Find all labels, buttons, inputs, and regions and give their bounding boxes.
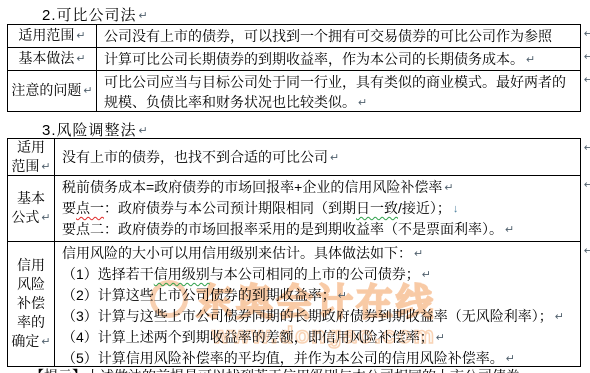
row-content-cell: 计算可比公司长期债券的到期收益率，作为本公司的长期债务成本。↵	[97, 48, 580, 70]
paragraph-mark: ↵	[434, 332, 445, 344]
row-label-line: 注意的问题↵	[11, 81, 92, 101]
row-label-cell: 注意的问题↵	[8, 71, 97, 111]
row-label-line: 补偿	[17, 294, 45, 313]
text-line: 计算可比公司长期债券的到期收益率，作为本公司的长期债务成本。↵	[104, 49, 578, 70]
section-title-text: 3.风险调整法	[42, 122, 137, 139]
text-line: （1）选择若干信用级别与本公司相同的上市的公司债券；↵	[62, 264, 578, 285]
line-break-mark: ↓	[451, 203, 459, 215]
row-label-line: 确定↵	[11, 332, 50, 352]
text-line: （3）计算与这些上市公司债券同期的长期政府债券到期收益率（无风险利率）；↵	[62, 306, 578, 327]
text-segment: 要点二：政府债券的市场回报率采用的是到期收益率（不是票面利率）。	[62, 221, 503, 237]
comparable-company-method-table: 适用范围↵公司没有上市的债券，可以找到一个拥有可交易债券的可比公司作为参照物。↵…	[7, 24, 581, 112]
row-content-cell: 没有上市的债券，也找不到合适的可比公司↵	[55, 139, 580, 175]
text-segment: （1）选择若干	[62, 266, 154, 282]
row-label-cell: 信用风险补偿率的确定↵	[8, 242, 55, 366]
paragraph-mark: ↵	[504, 353, 515, 365]
text-segment: 计算可比公司长期债券的到期收益率，作为本公司的长期债务成本。	[104, 51, 524, 67]
row-end-paragraph-mark: ↵	[582, 244, 590, 257]
table-row: 信用风险补偿率的确定↵信用风险的大小可以用信用级别来估计。具体做法如下：↵（1）…	[8, 241, 580, 366]
paragraph-mark: ↵	[39, 212, 50, 224]
text-segment: 信用风险的大小可以用信用级别来估计。具体做法如下：	[62, 245, 412, 261]
row-label-cell: 适用范围↵	[8, 25, 97, 47]
row-label-line: 公式↵	[11, 208, 50, 228]
paragraph-mark: ↵	[503, 224, 514, 236]
table-row: 注意的问题↵可比公司应当与目标公司处于同一行业，具有类似的商业模式。最好两者的规…	[8, 70, 580, 111]
row-label-line: 信用	[17, 256, 45, 275]
text-line: （5）计算信用风险补偿率的平均值，并作为本公司的信用风险补偿率。↵	[62, 348, 578, 366]
text-segment: （4）计算上述两个到期收益率的差额，即信用风险补偿率；	[62, 329, 434, 345]
row-label-line: 基本做法↵	[18, 49, 85, 69]
text-segment: 可比公司应当与目标公司处于同一行业，具有类似的商业模式。最好两者的规模、负债比率…	[104, 74, 566, 110]
text-segment: 税前债务成本=政府债券的市场回报率+企业的信用风险补偿率	[62, 179, 442, 195]
paragraph-mark: ↵	[39, 336, 50, 348]
text-segment: 公司没有上市的债券，可以找到一个拥有可交易债券的可比公司作为参照物。	[104, 28, 552, 47]
table-row: 适用范围↵公司没有上市的债券，可以找到一个拥有可交易债券的可比公司作为参照物。↵…	[8, 25, 580, 47]
spellcheck-text-segment: 信用级别	[154, 266, 210, 282]
text-segment: /接近）；	[398, 200, 451, 216]
row-end-paragraph-mark: ↵	[582, 73, 590, 86]
partially-visible-next-line: 【提示】上述做法的前提是可以找到若干信用级别与本公司相同的上市公司债券。	[30, 368, 580, 373]
paragraph-mark: ↵	[412, 248, 423, 260]
paragraph-mark: ↵	[74, 53, 85, 65]
spellcheck-text-segment: 日一致	[356, 200, 398, 216]
text-line: 没有上市的债券，也找不到合适的可比公司↵	[62, 147, 578, 168]
paragraph-mark: ↵	[74, 30, 85, 42]
paragraph-mark: ↵	[39, 161, 50, 173]
row-label-cell: 适用范围↵	[8, 139, 55, 175]
paragraph-mark: ↵	[420, 269, 431, 281]
row-label-line: 基本	[17, 189, 45, 208]
text-segment: ：政府债券与本公司预计期限相同（到期	[104, 200, 356, 216]
paragraph-mark: ↵	[336, 290, 347, 302]
text-line: （4）计算上述两个到期收益率的差额，即信用风险补偿率；↵	[62, 327, 578, 348]
row-label-line: 率的	[17, 313, 45, 332]
section-title-risk-adjustment-method: 3.风险调整法↵	[42, 119, 149, 140]
row-end-paragraph-mark: ↵	[582, 141, 590, 154]
row-end-paragraph-mark: ↵	[582, 178, 590, 191]
text-segment: （5）计算信用风险补偿率的平均值，并作为本公司的信用风险补偿率。	[62, 350, 504, 366]
text-line: （2）计算这些上市公司债券的到期收益率；↵	[62, 285, 578, 306]
text-line: 要点二：政府债券的市场回报率采用的是到期收益率（不是票面利率）。↵	[62, 219, 578, 240]
paragraph-mark: ↵	[553, 311, 564, 323]
row-label-cell: 基本公式↵	[8, 176, 55, 241]
document-page: 东奥会计在线 www.dongao.com 2.可比公司法↵ 3.风险调整法↵ …	[0, 0, 590, 373]
row-label-line: 适用范围↵	[18, 26, 85, 46]
table-row: 基本公式↵税前债务成本=政府债券的市场回报率+企业的信用风险补偿率↵要点一：政府…	[8, 175, 580, 241]
section-title-comparable-company-method: 2.可比公司法↵	[42, 4, 149, 25]
table-row: 基本做法↵计算可比公司长期债券的到期收益率，作为本公司的长期债务成本。↵↵	[8, 47, 580, 70]
text-segment: （2）计算这些上市公司债券的到期收益率；	[62, 287, 336, 303]
row-label-line: 适用	[17, 138, 45, 157]
section-title-text: 2.可比公司法	[42, 7, 137, 24]
paragraph-mark: ↵	[81, 85, 92, 97]
text-line: 公司没有上市的债券，可以找到一个拥有可交易债券的可比公司作为参照物。↵	[104, 26, 578, 47]
text-segment: （3）计算与这些上市公司债券同期的长期政府债券到期收益率（无风险利率）；	[62, 308, 553, 324]
row-content-cell: 税前债务成本=政府债券的市场回报率+企业的信用风险补偿率↵要点一：政府债券与本公…	[55, 176, 580, 241]
text-segment: 与本公司相同的上市的公司债券；	[210, 266, 420, 282]
text-line: 要点一：政府债券与本公司预计期限相同（到期日一致/接近）；↓	[62, 198, 578, 219]
paragraph-mark: ↵	[442, 182, 453, 194]
paragraph-mark: ↵	[328, 152, 339, 164]
row-content-cell: 公司没有上市的债券，可以找到一个拥有可交易债券的可比公司作为参照物。↵	[97, 25, 580, 47]
text-segment: 要	[62, 200, 76, 216]
row-end-paragraph-mark: ↵	[582, 27, 590, 40]
table-row: 适用范围↵没有上市的债券，也找不到合适的可比公司↵↵	[8, 139, 580, 175]
row-content-cell: 信用风险的大小可以用信用级别来估计。具体做法如下：↵（1）选择若干信用级别与本公…	[55, 242, 580, 366]
paragraph-mark: ↵	[137, 125, 149, 137]
paragraph-mark: ↵	[137, 10, 149, 22]
risk-adjustment-method-table: 适用范围↵没有上市的债券，也找不到合适的可比公司↵↵基本公式↵税前债务成本=政府…	[7, 138, 581, 367]
row-label-line: 范围↵	[11, 157, 50, 177]
text-line: 可比公司应当与目标公司处于同一行业，具有类似的商业模式。最好两者的规模、负债比率…	[104, 72, 578, 111]
paragraph-mark: ↵	[524, 54, 535, 66]
row-content-cell: 可比公司应当与目标公司处于同一行业，具有类似的商业模式。最好两者的规模、负债比率…	[97, 71, 580, 111]
row-label-cell: 基本做法↵	[8, 48, 97, 70]
row-label-line: 风险	[17, 275, 45, 294]
text-line: 税前债务成本=政府债券的市场回报率+企业的信用风险补偿率↵	[62, 177, 578, 198]
text-segment: 没有上市的债券，也找不到合适的可比公司	[62, 149, 328, 165]
text-line: 信用风险的大小可以用信用级别来估计。具体做法如下：↵	[62, 243, 578, 264]
row-end-paragraph-mark: ↵	[582, 50, 590, 63]
spellcheck-text-segment: 点一	[76, 200, 104, 216]
paragraph-mark: ↵	[356, 97, 367, 109]
